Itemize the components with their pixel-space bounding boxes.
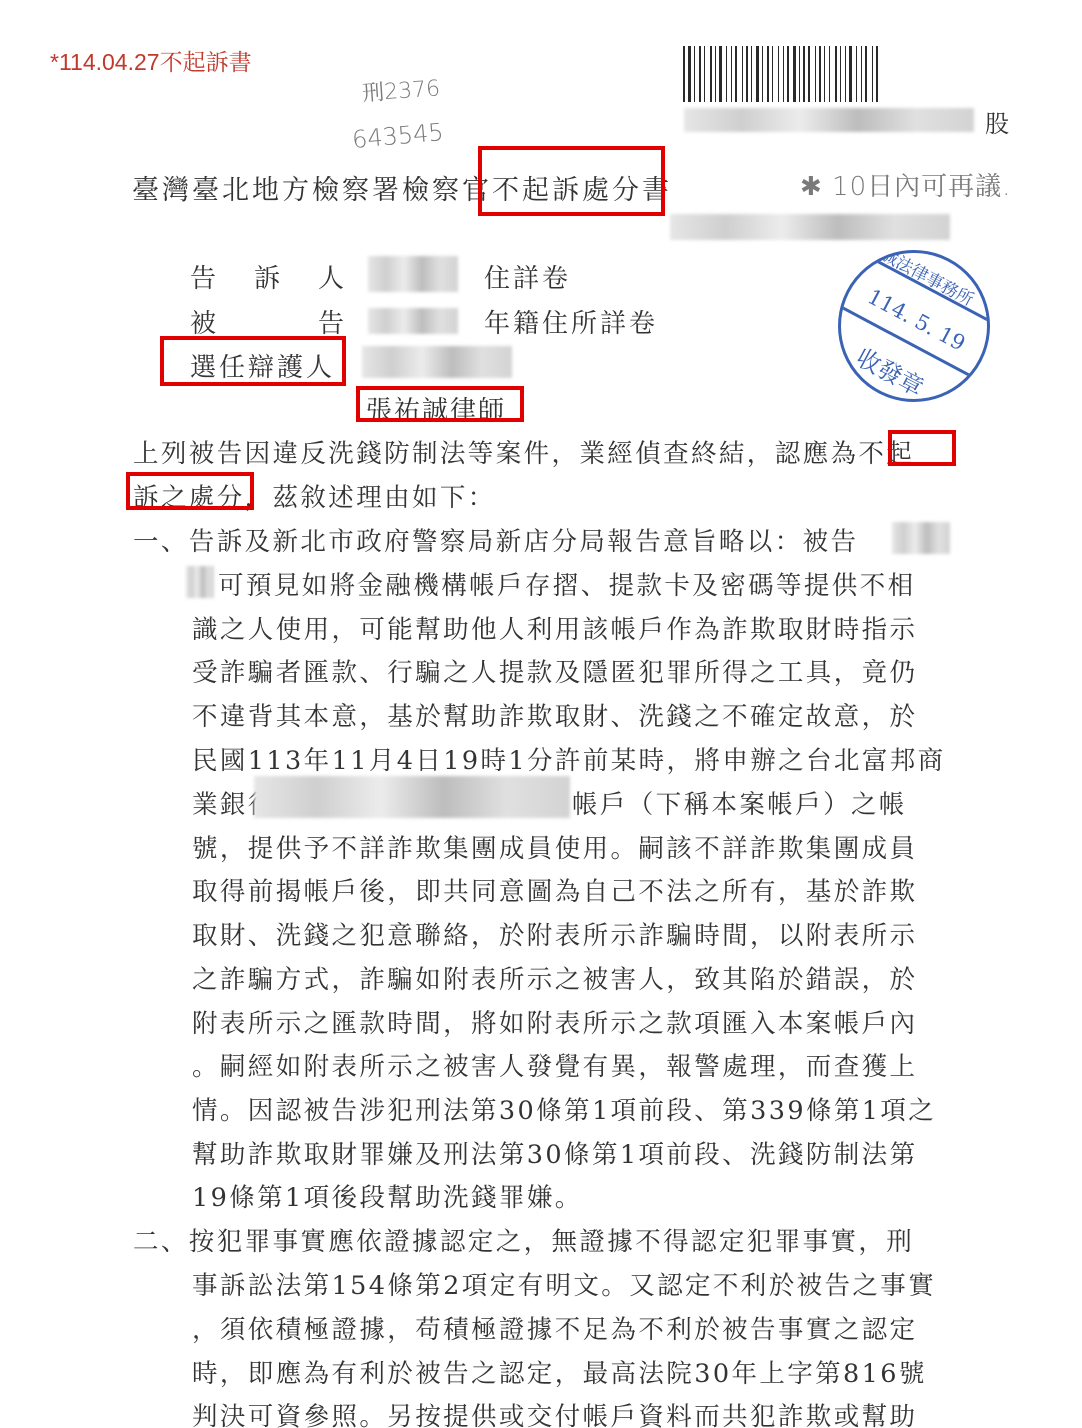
handwritten-number: 643545 [351, 118, 445, 154]
section1-line: 19條第1項後段幫助洗錢罪嫌。 [192, 1178, 583, 1214]
section1-line-tail: 帳戶（下稱本案帳戶）之帳 [572, 785, 907, 821]
highlight-box-not-prosecute-2 [126, 472, 254, 510]
redacted-barcode-number [684, 108, 974, 132]
received-stamp: 仲誠法律事務所 114. 5. 19 收發章 [838, 250, 990, 402]
top-date-note: *114.04.27不起訴書 [50, 44, 252, 77]
redacted-defendant-name-inline-2 [186, 566, 214, 598]
title-prefix: 臺灣臺北地方檢察署檢察官 [132, 175, 492, 206]
highlight-box-title [478, 146, 665, 216]
redacted-complainant-name [368, 256, 458, 292]
section1-line: 取財、洗錢之犯意聯絡，於附表所示詐騙時間，以附表所示 [192, 916, 917, 952]
section2-line: 時，即應為有利於被告之認定，最高法院30年上字第816號 [192, 1354, 927, 1390]
intro-text: 上列被告因違反洗錢防制法等案件，業經偵查終結，認應為 [133, 439, 858, 469]
redacted-defense-name [362, 346, 512, 378]
section1-line: 。嗣經如附表所示之被害人發覺有異，報警處理，而查獲上 [192, 1047, 917, 1083]
division-label: 股 [985, 104, 1009, 139]
section1-line: 取得前揭帳戶後，即共同意圖為自己不法之所有，基於詐欺 [192, 872, 917, 908]
section1-line: 可預見如將金融機構帳戶存摺、提款卡及密碼等提供不相 [218, 566, 916, 602]
highlight-box-defense-role [160, 336, 346, 386]
handwritten-reminder: ✱ 10日內可再議. [800, 166, 1011, 203]
party-complainant-role: 告 訴 人 [190, 258, 350, 295]
section1-line: 之詐騙方式，詐騙如附表所示之被害人，致其陷於錯誤，於 [192, 960, 917, 996]
section2-line: 事訴訟法第154條第2項定有明文。又認定不利於被告之事實 [192, 1266, 936, 1302]
section1-line: 民國113年11月4日19時1分許前某時，將申辦之台北富邦商 [192, 741, 946, 777]
intro-line-1: 上列被告因違反洗錢防制法等案件，業經偵查終結，認應為不起 [133, 434, 914, 470]
section1-line: 識之人使用，可能幫助他人利用該帳戶作為詐欺取財時指示 [192, 610, 917, 646]
redacted-defendant-name-inline [892, 522, 950, 554]
section2-line: 判決可資參照。另按提供或交付帳戶資料而共犯詐欺或幫助 [192, 1397, 917, 1428]
intro-rest: ，茲敘述理由如下： [245, 483, 496, 513]
section1-line: 一、告訴及新北市政府警察局新店分局報告意旨略以：被告 [133, 522, 858, 558]
handwritten-case-number: 刑2376 [361, 71, 441, 107]
section1-line: 號，提供予不詳詐欺集團成員使用。嗣該不詳詐欺集團成員 [192, 829, 917, 865]
highlight-box-not-prosecute-1 [888, 430, 956, 466]
section2-line: ，須依積極證據，苟積極證據不足為不利於被告事實之認定 [192, 1310, 917, 1346]
party-complainant-detail: 住詳卷 [484, 258, 571, 295]
highlight-box-lawyer [356, 386, 524, 422]
section1-line: 幫助詐欺取財罪嫌及刑法第30條第1項前段、洗錢防制法第 [192, 1135, 917, 1171]
redacted-defendant-name [368, 308, 458, 334]
section1-line: 受詐騙者匯款、行騙之人提款及隱匿犯罪所得之工具，竟仍 [192, 653, 917, 689]
section1-line: 不違背其本意，基於幫助詐欺取財、洗錢之不確定故意，於 [192, 697, 917, 733]
party-defendant-detail: 年籍住所詳卷 [484, 303, 658, 340]
section1-line: 情。因認被告涉犯刑法第30條第1項前段、第339條第1項之 [192, 1091, 936, 1127]
redacted-case-number [670, 214, 950, 240]
barcode [683, 46, 1011, 102]
party-defendant-role: 被 告 [190, 303, 350, 340]
section2-line: 二、按犯罪事實應依證據認定之，無證據不得認定犯罪事實，刑 [133, 1222, 914, 1258]
redacted-account-number [254, 776, 570, 818]
section1-line: 附表所示之匯款時間，將如附表所示之款項匯入本案帳戶內 [192, 1004, 917, 1040]
